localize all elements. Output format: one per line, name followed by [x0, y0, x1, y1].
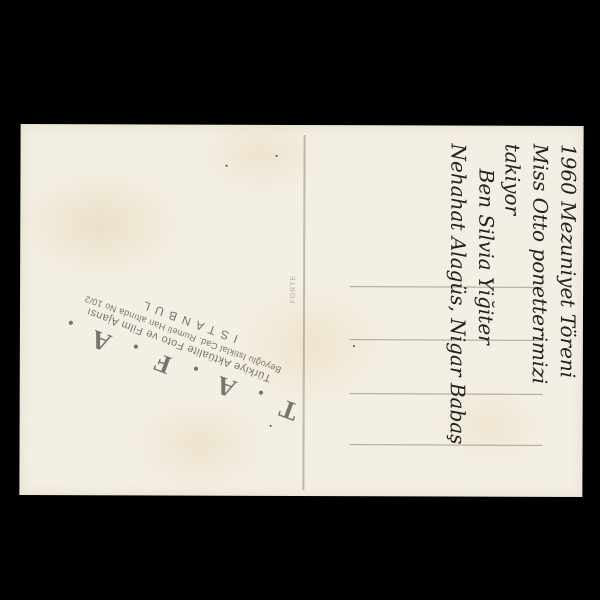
- handwriting-line-5: Nehahat Alagüs, Nigar Babaş: [446, 144, 471, 445]
- publisher-stamp: T.A.F.A. Türkiye Aktüalite Foto ve Film …: [34, 201, 345, 429]
- postcard-back: FORTE T.A.F.A. Türkiye Aktüalite Foto ve…: [19, 124, 583, 497]
- speck: [226, 165, 228, 167]
- handwriting-line-4: Ben Silvia Yiğiter: [474, 169, 499, 345]
- handwriting-line-1: 1960 Mezuniyet Töreni: [556, 144, 581, 378]
- handwriting-line-2: Miss Otto ponetterimizi: [528, 144, 553, 384]
- speck: [270, 425, 272, 427]
- speck: [276, 155, 278, 157]
- handwritten-note: 1960 Mezuniyet Töreni Miss Otto ponetter…: [414, 143, 585, 474]
- handwriting-line-3: takiyor: [500, 144, 524, 215]
- speck: [353, 345, 355, 347]
